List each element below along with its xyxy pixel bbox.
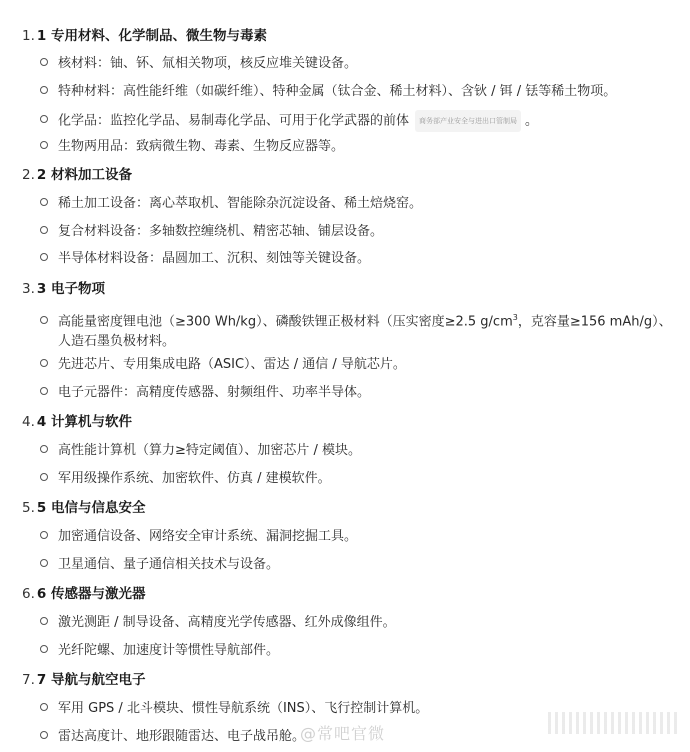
circle-bullet-icon: [40, 559, 48, 567]
item-text: 激光测距 / 制导设备、高精度光学传感器、红外成像组件。: [58, 615, 396, 630]
item-text: 雷达高度计、地形跟随雷达、电子战吊舱。: [58, 729, 305, 744]
circle-bullet-icon: [40, 86, 48, 94]
list-item: 光纤陀螺、加速度计等惯性导航部件。: [40, 641, 279, 661]
circle-bullet-icon: [40, 617, 48, 625]
circle-bullet-icon: [40, 141, 48, 149]
section-number: 7.: [22, 672, 35, 688]
item-text: 生物两用品：致病微生物、毒素、生物反应器等。: [58, 139, 344, 154]
item-text: 军用级操作系统、加密软件、仿真 / 建模软件。: [58, 471, 331, 486]
item-text: 高能量密度锂电池（≥300 Wh/kg）、磷酸铁锂正极材料（压实密度≥2.5 g…: [58, 314, 513, 329]
section-number: 6.: [22, 586, 35, 602]
item-text: 稀土加工设备：离心萃取机、智能除杂沉淀设备、稀土焙烧窑。: [58, 196, 422, 211]
section-number: 3.: [22, 281, 35, 297]
list-item: 复合材料设备：多轴数控缠绕机、精密芯轴、铺层设备。: [40, 222, 383, 242]
item-text-continued: 人造石墨负极材料。: [40, 332, 680, 352]
item-text: 加密通信设备、网络安全审计系统、漏洞挖掘工具。: [58, 529, 357, 544]
item-text: 卫星通信、量子通信相关技术与设备。: [58, 557, 279, 572]
circle-bullet-icon: [40, 445, 48, 453]
section-title: 5 电信与信息安全: [37, 500, 146, 516]
list-item: 高能量密度锂电池（≥300 Wh/kg）、磷酸铁锂正极材料（压实密度≥2.5 g…: [40, 308, 680, 352]
section-title: 2 材料加工设备: [37, 167, 132, 183]
list-item: 卫星通信、量子通信相关技术与设备。: [40, 555, 279, 575]
section-title: 6 传感器与激光器: [37, 586, 146, 602]
circle-bullet-icon: [40, 473, 48, 481]
list-item: 特种材料：高性能纤维（如碳纤维）、特种金属（钛合金、稀土材料）、含钬 / 铒 /…: [40, 82, 616, 102]
section-title: 7 导航与航空电子: [37, 672, 146, 688]
section-number: 5.: [22, 500, 35, 516]
list-item: 先进芯片、专用集成电路（ASIC）、雷达 / 通信 / 导航芯片。: [40, 355, 406, 375]
circle-bullet-icon: [40, 226, 48, 234]
watermark: @常吧官微: [300, 721, 385, 744]
item-text: 高性能计算机（算力≥特定阈值）、加密芯片 / 模块。: [58, 443, 361, 458]
list-item: 高性能计算机（算力≥特定阈值）、加密芯片 / 模块。: [40, 441, 361, 461]
circle-bullet-icon: [40, 359, 48, 367]
circle-bullet-icon: [40, 387, 48, 395]
list-item: 雷达高度计、地形跟随雷达、电子战吊舱。: [40, 727, 305, 747]
list-item: 军用级操作系统、加密软件、仿真 / 建模软件。: [40, 469, 331, 489]
circle-bullet-icon: [40, 115, 48, 123]
circle-bullet-icon: [40, 703, 48, 711]
watermark-artifact: [548, 712, 678, 734]
circle-bullet-icon: [40, 645, 48, 653]
section-heading-3: 3.3 电子物项: [22, 280, 105, 298]
item-text: 特种材料：高性能纤维（如碳纤维）、特种金属（钛合金、稀土材料）、含钬 / 铒 /…: [58, 84, 616, 99]
list-item: 稀土加工设备：离心萃取机、智能除杂沉淀设备、稀土焙烧窑。: [40, 194, 422, 214]
section-title: 4 计算机与软件: [37, 414, 132, 430]
section-heading-5: 5.5 电信与信息安全: [22, 499, 145, 517]
list-item: 电子元器件：高精度传感器、射频组件、功率半导体。: [40, 383, 370, 403]
circle-bullet-icon: [40, 316, 48, 324]
section-heading-4: 4.4 计算机与软件: [22, 413, 132, 431]
section-number: 1.: [22, 28, 35, 44]
list-item: 半导体材料设备：晶圆加工、沉积、刻蚀等关键设备。: [40, 249, 370, 269]
item-text: 先进芯片、专用集成电路（ASIC）、雷达 / 通信 / 导航芯片。: [58, 357, 406, 372]
list-item: 军用 GPS / 北斗模块、惯性导航系统（INS）、飞行控制计算机。: [40, 699, 428, 719]
circle-bullet-icon: [40, 253, 48, 261]
section-number: 4.: [22, 414, 35, 430]
section-heading-7: 7.7 导航与航空电子: [22, 671, 145, 689]
item-text: 半导体材料设备：晶圆加工、沉积、刻蚀等关键设备。: [58, 251, 370, 266]
item-text: ，克容量≥156 mAh/g）、: [518, 314, 672, 329]
section-heading-1: 1.1 专用材料、化学制品、微生物与毒素: [22, 27, 267, 45]
item-suffix: 。: [525, 114, 538, 129]
list-item: 化学品：监控化学品、易制毒化学品、可用于化学武器的前体商务部产业安全与进出口管制…: [40, 110, 538, 132]
item-text: 光纤陀螺、加速度计等惯性导航部件。: [58, 643, 279, 658]
circle-bullet-icon: [40, 58, 48, 66]
item-text: 核材料：铀、钚、氚相关物项，核反应堆关键设备。: [58, 56, 357, 71]
list-item: 核材料：铀、钚、氚相关物项，核反应堆关键设备。: [40, 54, 357, 74]
list-item: 加密通信设备、网络安全审计系统、漏洞挖掘工具。: [40, 527, 357, 547]
section-title: 1 专用材料、化学制品、微生物与毒素: [37, 28, 267, 44]
list-item: 生物两用品：致病微生物、毒素、生物反应器等。: [40, 137, 344, 157]
section-title: 3 电子物项: [37, 281, 105, 297]
section-number: 2.: [22, 167, 35, 183]
section-heading-6: 6.6 传感器与激光器: [22, 585, 145, 603]
item-text: 化学品：监控化学品、易制毒化学品、可用于化学武器的前体: [58, 114, 409, 129]
list-item: 激光测距 / 制导设备、高精度光学传感器、红外成像组件。: [40, 613, 396, 633]
circle-bullet-icon: [40, 731, 48, 739]
item-text: 复合材料设备：多轴数控缠绕机、精密芯轴、铺层设备。: [58, 224, 383, 239]
item-text: 电子元器件：高精度传感器、射频组件、功率半导体。: [58, 385, 370, 400]
citation-link[interactable]: 商务部产业安全与进出口管制局: [415, 110, 521, 132]
section-heading-2: 2.2 材料加工设备: [22, 166, 132, 184]
item-text: 军用 GPS / 北斗模块、惯性导航系统（INS）、飞行控制计算机。: [58, 701, 428, 716]
circle-bullet-icon: [40, 198, 48, 206]
circle-bullet-icon: [40, 531, 48, 539]
